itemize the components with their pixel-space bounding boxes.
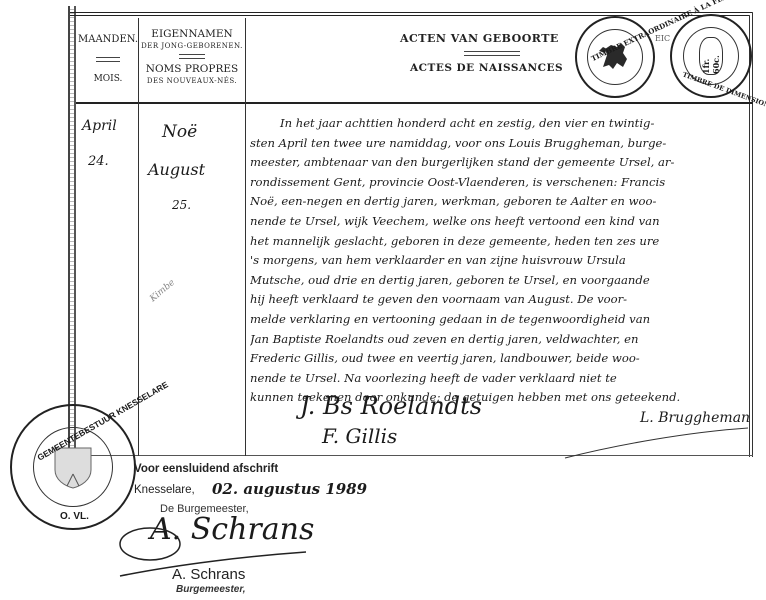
header-rule: [464, 51, 520, 56]
entry-surname: Noë: [162, 122, 197, 142]
seal-bottom-text: O. VL.: [60, 511, 89, 522]
entry-first-name: August: [148, 160, 205, 179]
entry-body: In het jaar achttien honderd acht en zes…: [250, 114, 745, 408]
certification-date: 02. augustus 1989: [212, 480, 367, 498]
header-rule: [96, 57, 120, 62]
entry-body-line: sten April ten twee ure namiddag, voor o…: [250, 134, 745, 154]
entry-day: 24.: [88, 154, 109, 169]
month-column-header: MAANDEN. MOIS.: [78, 34, 138, 84]
entry-body-line: meester, ambtenaar van den burgerlijken …: [250, 153, 745, 173]
witness-1-signature: J. Bs Roelandts: [300, 392, 482, 420]
month-header-fr: MOIS.: [78, 74, 138, 84]
register-title: ACTEN VAN GEBOORTE ACTES DE NAISSANCES: [400, 32, 580, 74]
names-header-nl-sub: DER JONG-GEBORENEN.: [139, 42, 245, 50]
entry-body-line: nende te Ursel. Na voorlezing heeft de v…: [250, 369, 745, 389]
entry-body-line: nende te Ursel, wijk Veechem, welke ons …: [250, 212, 745, 232]
entry-body-line: In het jaar achttien honderd acht en zes…: [250, 114, 745, 134]
entry-body-line: Noë, een-negen en dertig jaren, werkman,…: [250, 192, 745, 212]
month-header-nl: MAANDEN.: [78, 34, 138, 45]
entry-month: April: [82, 118, 117, 134]
certification-place: Knesselare,: [134, 484, 195, 496]
entry-body-line: Jan Baptiste Roelandts oud zeven en dert…: [250, 330, 745, 350]
entry-body-line: melde verklaring en vertooning gedaan in…: [250, 310, 745, 330]
header-rule: [179, 54, 205, 59]
names-header-fr-sub: DES NOUVEAUX-NÉS.: [139, 77, 245, 85]
entry-body-line: het mannelijk geslacht, geboren in deze …: [250, 232, 745, 252]
tax-stamp: TIMBRE EXTRAORDINAIRE À LA FL. ORIENT.: [575, 16, 655, 98]
entry-number: 25.: [172, 198, 191, 212]
entry-body-line: 's morgens, van hem verklaarder en van z…: [250, 251, 745, 271]
entry-body-line: Mutsche, oud drie en dertig jaren, gebor…: [250, 271, 745, 291]
title-nl: ACTEN VAN GEBOORTE: [400, 32, 580, 45]
names-header-fr: NOMS PROPRES: [139, 63, 245, 75]
stamp-value: 1fr. 60c.: [701, 38, 721, 74]
witness-2-signature: F. Gillis: [322, 424, 397, 448]
mayor-title: Burgemeester,: [176, 584, 245, 595]
entry-body-line: Frederic Gillis, oud twee en veertig jar…: [250, 349, 745, 369]
entry-body-line: rondissement Gent, provincie Oost-Vlaend…: [250, 173, 745, 193]
entry-body-line: hij heeft verklaard te geven den voornaa…: [250, 290, 745, 310]
title-fr: ACTES DE NAISSANCES: [410, 62, 580, 74]
names-header-nl: EIGENNAMEN: [139, 28, 245, 40]
names-column-header: EIGENNAMEN DER JONG-GEBORENEN. NOMS PROP…: [139, 28, 245, 85]
signature-flourish: [560, 420, 750, 460]
certification-line: Voor eensluidend afschrift: [134, 463, 278, 475]
dimension-stamp: 1fr. 60c. TIMBRE DE DIMENSION: [670, 14, 752, 98]
column-divider-names: [245, 18, 246, 456]
header-divider: [76, 102, 753, 104]
mayor-name: A. Schrans: [172, 566, 245, 583]
stamp-header-fragment: EIC: [655, 34, 670, 43]
